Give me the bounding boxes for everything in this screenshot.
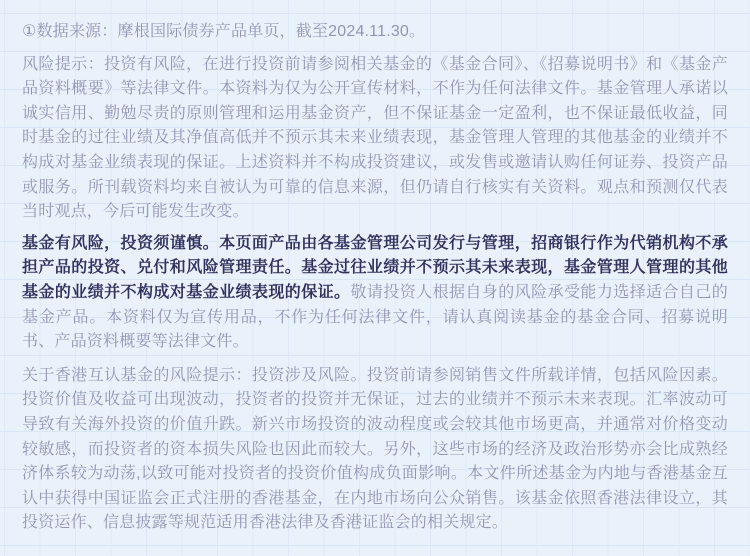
fund-risk-paragraph: 基金有风险，投资须谨慎。本页面产品由各基金管理公司发行与管理，招商银行作为代销机…	[22, 232, 728, 355]
disclaimer-page: ①数据来源：摩根国际债券产品单页，截至2024.11.30。 风险提示：投资有风…	[0, 0, 750, 556]
data-source-note: ①数据来源：摩根国际债券产品单页，截至2024.11.30。	[22, 20, 728, 45]
hk-mutual-fund-risk-paragraph: 关于香港互认基金的风险提示：投资涉及风险。投资前请参阅销售文件所载详情，包括风险…	[22, 364, 728, 536]
risk-warning-paragraph: 风险提示：投资有风险，在进行投资前请参阅相关基金的《基金合同》、《招募说明书》和…	[22, 53, 728, 225]
